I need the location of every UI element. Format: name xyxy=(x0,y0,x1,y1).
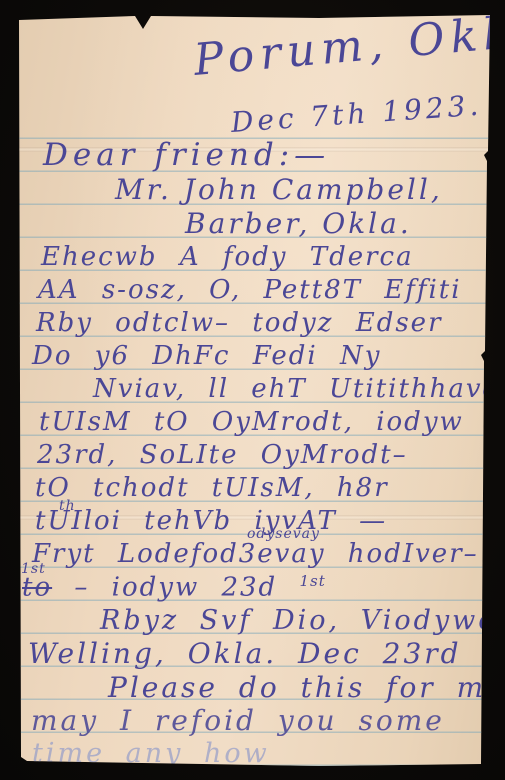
day-correction-note: 1st xyxy=(299,572,325,590)
syllabary-line: tUIsM tO OyMrodt, iodyw xyxy=(39,409,464,435)
syllabary-line: – iodyw 23d xyxy=(74,573,277,603)
closing-faint-line: time any how xyxy=(32,740,270,767)
salutation: Dear friend:— xyxy=(43,140,330,171)
syllabary-line-corrected: to – iodyw 23d 1st xyxy=(22,574,326,601)
letter-paper: Porum, Okla. Dec 7th 1923. Dear friend:—… xyxy=(19,13,492,766)
syllabary-line: Nviav, ll ehT Utitithhavda xyxy=(93,376,505,402)
syllabary-line: tUIloi tehVb iyvAT — xyxy=(35,508,387,534)
syllabary-line: Fryt Lodefod3evay hodIver– xyxy=(32,541,479,567)
syllabary-line: Ehecwb A fody Tderca xyxy=(41,244,414,270)
syllabary-line: tO tchodt tUIsM, h8r xyxy=(35,475,389,501)
scan-background: { "colors": { "background": "#0c0a08", "… xyxy=(0,0,505,780)
place-heading: Porum, Okla. xyxy=(192,7,505,82)
syllabary-line: Rby odtclw– todyz Edser xyxy=(36,310,443,336)
closing-place-date: Welling, Okla. Dec 23rd — xyxy=(28,640,505,668)
closing-promise: may I refoid you some xyxy=(31,707,445,735)
syllabary-line: AA s-osz, O, Pett8T Effiti xyxy=(38,277,462,303)
syllabary-line: 23rd, SoLIte OyMrodt– xyxy=(37,442,408,468)
closing-syllabary-line: Rbyz Svf Dio, Viodywona xyxy=(100,607,505,634)
syllabary-line: Do y6 DhFc Fedi Ny xyxy=(32,343,381,369)
recipient-place: Barber, Okla. xyxy=(185,210,412,238)
closing-request: Please do this for me xyxy=(108,674,505,702)
recipient-name: Mr. John Campbell, xyxy=(115,176,443,204)
struck-text: to xyxy=(22,573,52,603)
